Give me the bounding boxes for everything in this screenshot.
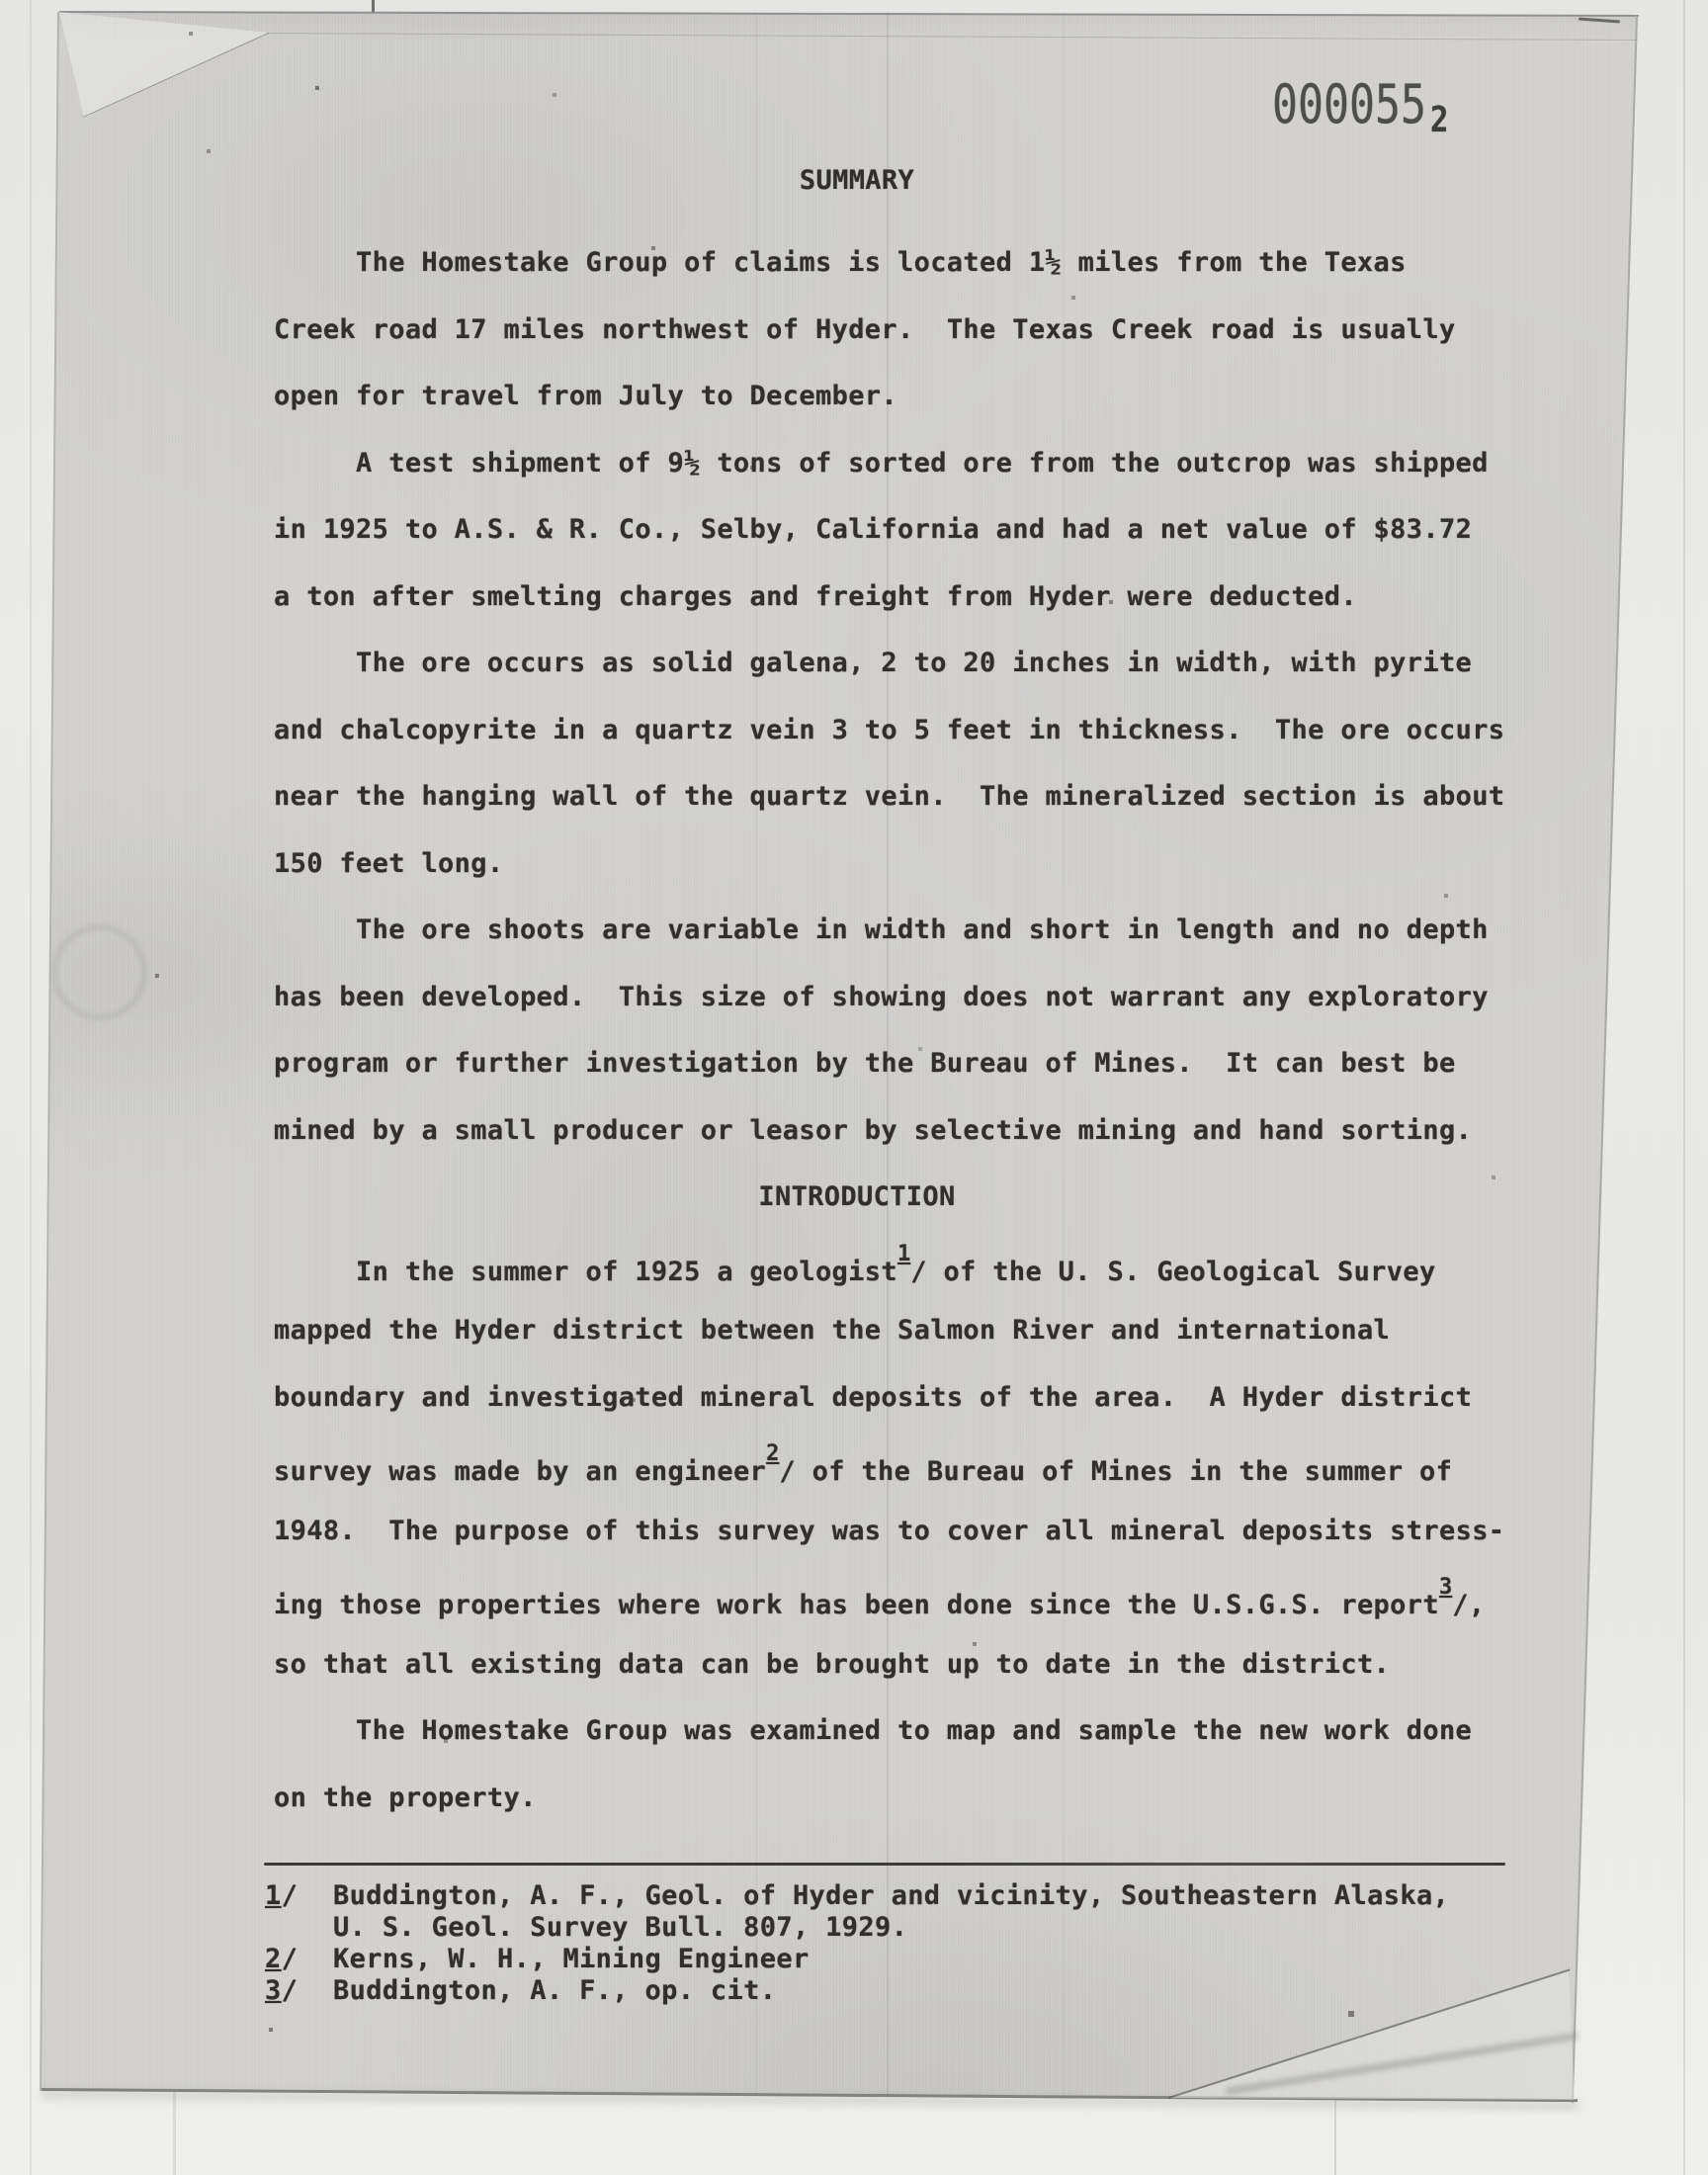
body-line: In the summer of 1925 a geologist1/ of t…	[274, 1231, 1440, 1298]
footnote-ref: 1	[897, 1221, 910, 1288]
body-line: The ore occurs as solid galena, 2 to 20 …	[274, 630, 1440, 697]
body-line: has been developed. This size of showing…	[274, 964, 1440, 1031]
body-line: 150 feet long.	[274, 830, 1440, 898]
body-line: The Homestake Group of claims is located…	[274, 229, 1440, 297]
body-line: 1948. The purpose of this survey was to …	[274, 1498, 1440, 1565]
footnote-number: 1	[265, 1880, 282, 1911]
stamp-page-number: 2	[1430, 103, 1448, 138]
footnote-ref: 2	[766, 1421, 779, 1488]
scanner-streak	[173, 2091, 176, 2175]
footnote-line: U. S. Geol. Survey Bull. 807, 1929.	[333, 1912, 1449, 1944]
paper-blotch	[51, 924, 147, 1020]
footnote-number: 3	[265, 1975, 282, 2006]
footnote-text: Buddington, A. F., op. cit.	[333, 1975, 776, 2007]
footnote-text: Kerns, W. H., Mining Engineer	[333, 1944, 810, 1975]
body-line: open for travel from July to December.	[274, 363, 1440, 430]
stamp-number: 000055	[1272, 78, 1426, 131]
footnote-item: 1/Buddington, A. F., Geol. of Hyder and …	[265, 1880, 1449, 1944]
body-line: in 1925 to A.S. & R. Co., Selby, Califor…	[274, 496, 1440, 564]
footnote-item: 3/Buddington, A. F., op. cit.	[265, 1975, 1449, 2007]
scanned-document-page: { "document": { "stamp": { "number": "00…	[0, 0, 1708, 2175]
scanner-streak	[1683, 0, 1685, 2175]
heading-summary: SUMMARY	[274, 167, 1440, 194]
body-line: and chalcopyrite in a quartz vein 3 to 5…	[274, 697, 1440, 764]
body-line: a ton after smelting charges and freight…	[274, 564, 1440, 631]
body-line: The ore shoots are variable in width and…	[274, 897, 1440, 964]
scanner-streak	[1334, 2100, 1336, 2175]
body-line: Creek road 17 miles northwest of Hyder. …	[274, 297, 1440, 364]
footnote-label: 2/	[265, 1944, 333, 1975]
footnote-label: 3/	[265, 1975, 333, 2007]
body-line: boundary and investigated mineral deposi…	[274, 1364, 1440, 1432]
body-line: ing those properties where work has been…	[274, 1564, 1440, 1631]
edge-tick-mark	[372, 0, 375, 12]
footnote-line: Buddington, A. F., op. cit.	[333, 1975, 776, 2007]
footnote-text: Buddington, A. F., Geol. of Hyder and vi…	[333, 1880, 1449, 1944]
heading-introduction: INTRODUCTION	[274, 1164, 1440, 1231]
body-line: on the property.	[274, 1765, 1440, 1832]
body-line: near the hanging wall of the quartz vein…	[274, 763, 1440, 830]
footnote-label: 1/	[265, 1880, 333, 1944]
body-line: mapped the Hyder district between the Sa…	[274, 1297, 1440, 1364]
footnote-ref: 3	[1439, 1554, 1452, 1621]
body-line: survey was made by an engineer2/ of the …	[274, 1431, 1440, 1498]
body-text: The Homestake Group of claims is located…	[274, 229, 1440, 1831]
scanner-streak	[30, 0, 32, 2175]
body-line: A test shipment of 9½ tons of sorted ore…	[274, 430, 1440, 497]
footnote-rule	[264, 1863, 1505, 1866]
footnote-line: Kerns, W. H., Mining Engineer	[333, 1944, 810, 1975]
footnote-number: 2	[265, 1944, 282, 1974]
body-line: mined by a small producer or leasor by s…	[274, 1097, 1440, 1165]
paper-specks	[0, 0, 2, 2]
footnote-item: 2/Kerns, W. H., Mining Engineer	[265, 1944, 1449, 1975]
body-line: program or further investigation by the …	[274, 1030, 1440, 1097]
footnote-line: Buddington, A. F., Geol. of Hyder and vi…	[333, 1880, 1449, 1912]
body-line: so that all existing data can be brought…	[274, 1631, 1440, 1698]
body-line: The Homestake Group was examined to map …	[274, 1697, 1440, 1765]
footnotes: 1/Buddington, A. F., Geol. of Hyder and …	[265, 1880, 1449, 2007]
